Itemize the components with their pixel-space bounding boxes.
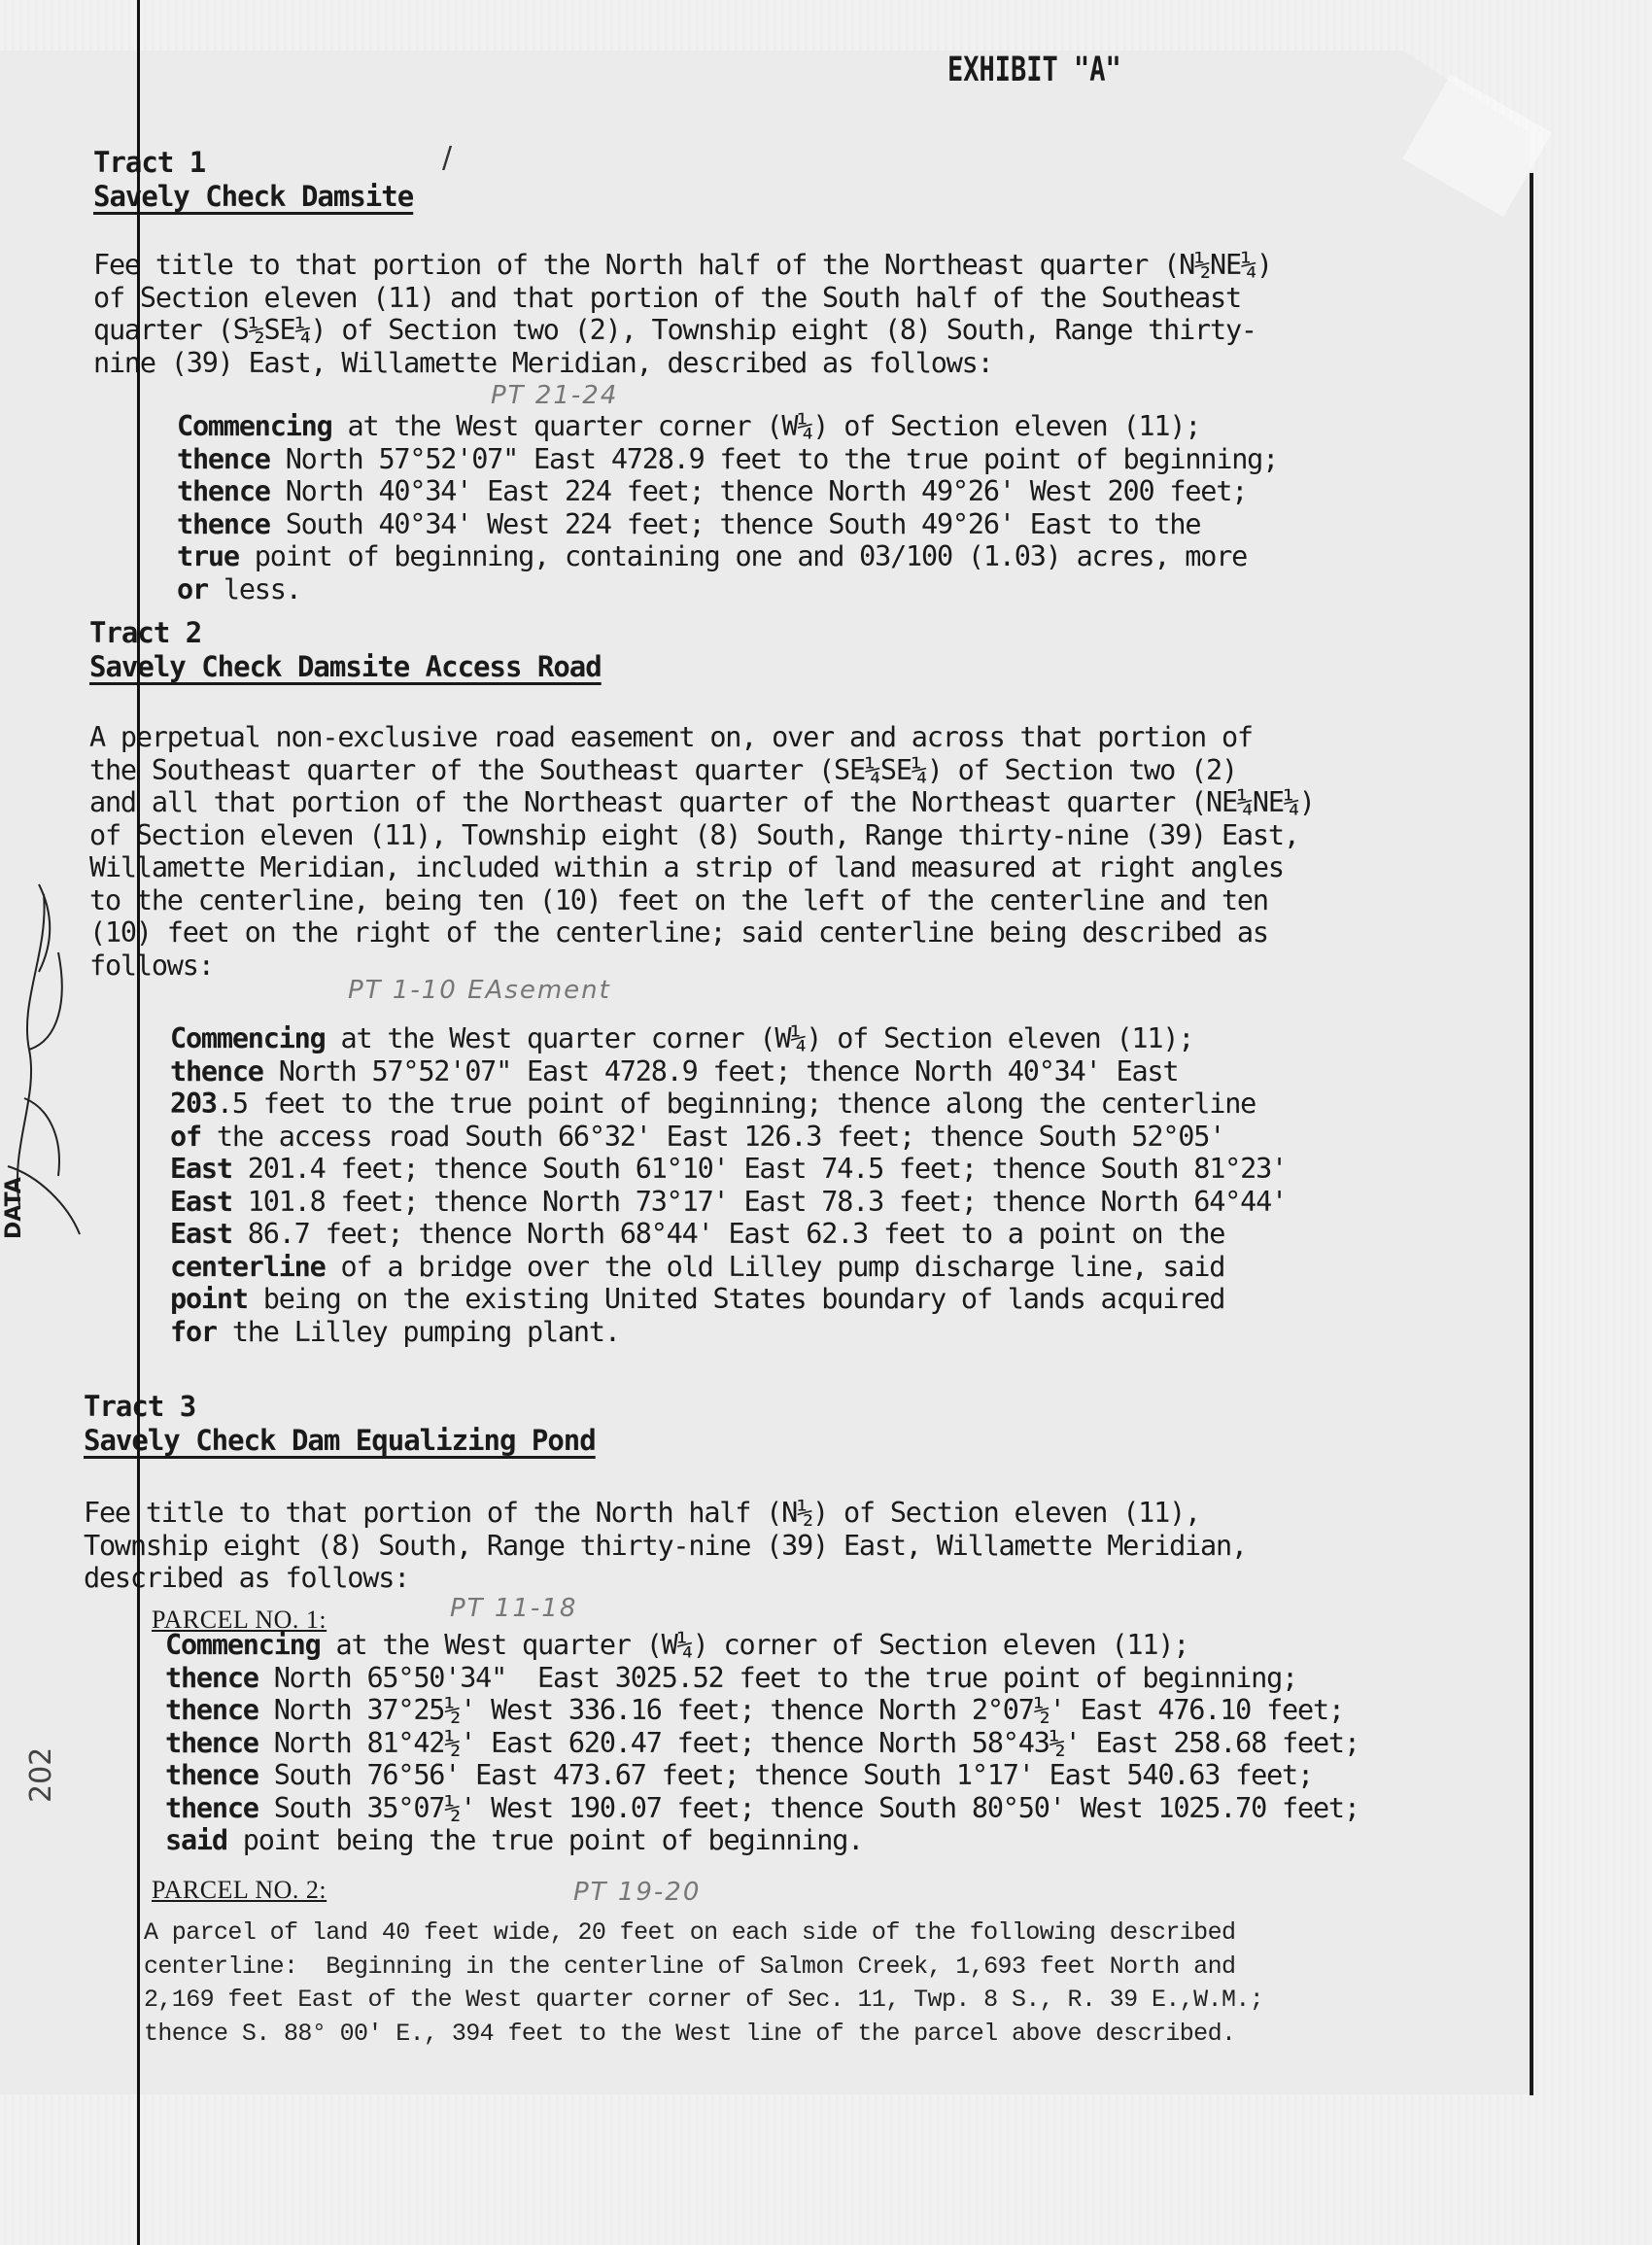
side-page-number: 202 bbox=[24, 1747, 58, 1803]
tract-2-intro: A perpetual non-exclusive road easement … bbox=[89, 721, 1315, 982]
text-line: centerline of a bridge over the old Lill… bbox=[170, 1251, 1287, 1284]
text-line: 203.5 feet to the true point of beginnin… bbox=[170, 1088, 1287, 1121]
exhibit-title: EXHIBIT "A" bbox=[947, 51, 1121, 89]
text-line: the Southeast quarter of the Southeast q… bbox=[89, 754, 1315, 787]
parcel-1-description: Commencing at the West quarter (W¼) corn… bbox=[165, 1629, 1359, 1857]
text-line: East 201.4 feet; thence South 61°10' Eas… bbox=[170, 1153, 1287, 1186]
parcel-2-label: PARCEL NO. 2: bbox=[152, 1876, 327, 1905]
tract-2-heading: Tract 2 Savely Check Damsite Access Road bbox=[89, 616, 602, 684]
parcel-1-handwritten-note: PT 11-18 bbox=[450, 1594, 577, 1623]
text-line: said point being the true point of begin… bbox=[165, 1824, 1359, 1857]
text-line: (10) feet on the right of the centerline… bbox=[89, 916, 1315, 950]
text-line: Township eight (8) South, Range thirty-n… bbox=[84, 1530, 1247, 1563]
text-line: of the access road South 66°32' East 126… bbox=[170, 1121, 1287, 1154]
tract-2-description: Commencing at the West quarter corner (W… bbox=[170, 1022, 1287, 1348]
text-line: thence South 40°34' West 224 feet; thenc… bbox=[177, 508, 1278, 541]
text-line: thence North 65°50'34" East 3025.52 feet… bbox=[165, 1662, 1359, 1695]
text-line: Fee title to that portion of the North h… bbox=[93, 249, 1272, 282]
text-line: of Section eleven (11) and that portion … bbox=[93, 282, 1272, 315]
text-line: centerline: Beginning in the centerline … bbox=[144, 1951, 1263, 1985]
text-line: East 86.7 feet; thence North 68°44' East… bbox=[170, 1218, 1287, 1251]
signature-label: DATA bbox=[2, 1177, 26, 1239]
parcel-2-description: A parcel of land 40 feet wide, 20 feet o… bbox=[144, 1917, 1263, 2051]
text-line: thence South 35°07½' West 190.07 feet; t… bbox=[165, 1792, 1359, 1825]
tract-1-heading: Tract 1 Savely Check Damsite bbox=[93, 146, 413, 214]
text-line: for the Lilley pumping plant. bbox=[170, 1316, 1287, 1349]
scan-margin-line bbox=[137, 0, 140, 2245]
tract-1-name: Savely Check Damsite bbox=[93, 180, 413, 214]
tract-2-label: Tract 2 bbox=[89, 616, 602, 650]
tract-1-description: Commencing at the West quarter corner (W… bbox=[177, 410, 1278, 605]
text-line: thence S. 88° 00' E., 394 feet to the We… bbox=[144, 2018, 1263, 2052]
pen-mark: / bbox=[442, 141, 452, 175]
text-line: quarter (S½SE¼) of Section two (2), Town… bbox=[93, 314, 1272, 347]
text-line: or less. bbox=[177, 573, 1278, 606]
text-line: true point of beginning, containing one … bbox=[177, 540, 1278, 573]
tract-2-name: Savely Check Damsite Access Road bbox=[89, 650, 602, 684]
text-line: Commencing at the West quarter corner (W… bbox=[177, 410, 1278, 443]
tract-2-handwritten-note: PT 1-10 EAsement bbox=[348, 976, 611, 1005]
tract-1-intro: Fee title to that portion of the North h… bbox=[93, 249, 1272, 379]
text-line: thence North 81°42½' East 620.47 feet; t… bbox=[165, 1727, 1359, 1760]
text-line: nine (39) East, Willamette Meridian, des… bbox=[93, 347, 1272, 380]
text-line: point being on the existing United State… bbox=[170, 1283, 1287, 1316]
text-line: follows: bbox=[89, 950, 1315, 983]
tract-3-intro: Fee title to that portion of the North h… bbox=[84, 1497, 1247, 1595]
text-line: Fee title to that portion of the North h… bbox=[84, 1497, 1247, 1530]
tract-3-label: Tract 3 bbox=[84, 1390, 596, 1424]
text-line: to the centerline, being ten (10) feet o… bbox=[89, 884, 1315, 917]
text-line: of Section eleven (11), Township eight (… bbox=[89, 819, 1315, 852]
text-line: Commencing at the West quarter corner (W… bbox=[170, 1022, 1287, 1055]
text-line: Commencing at the West quarter (W¼) corn… bbox=[165, 1629, 1359, 1662]
text-line: East 101.8 feet; thence North 73°17' Eas… bbox=[170, 1186, 1287, 1219]
text-line: 2,169 feet East of the West quarter corn… bbox=[144, 1984, 1263, 2018]
tract-1-label: Tract 1 bbox=[93, 146, 413, 180]
text-line: A perpetual non-exclusive road easement … bbox=[89, 721, 1315, 754]
parcel-2-handwritten-note: PT 19-20 bbox=[573, 1878, 701, 1907]
text-line: thence South 76°56' East 473.67 feet; th… bbox=[165, 1759, 1359, 1792]
text-line: described as follows: bbox=[84, 1562, 1247, 1595]
tract-3-name: Savely Check Dam Equalizing Pond bbox=[84, 1424, 596, 1458]
text-line: and all that portion of the Northeast qu… bbox=[89, 786, 1315, 819]
text-line: A parcel of land 40 feet wide, 20 feet o… bbox=[144, 1917, 1263, 1951]
text-line: thence North 37°25½' West 336.16 feet; t… bbox=[165, 1694, 1359, 1727]
text-line: Willamette Meridian, included within a s… bbox=[89, 851, 1315, 884]
tract-3-heading: Tract 3 Savely Check Dam Equalizing Pond bbox=[84, 1390, 596, 1458]
tract-1-handwritten-note: PT 21-24 bbox=[491, 381, 618, 410]
text-line: thence North 57°52'07" East 4728.9 feet … bbox=[177, 443, 1278, 476]
text-line: thence North 40°34' East 224 feet; thenc… bbox=[177, 475, 1278, 508]
right-margin-rule bbox=[1530, 173, 1533, 2095]
text-line: thence North 57°52'07" East 4728.9 feet;… bbox=[170, 1055, 1287, 1088]
